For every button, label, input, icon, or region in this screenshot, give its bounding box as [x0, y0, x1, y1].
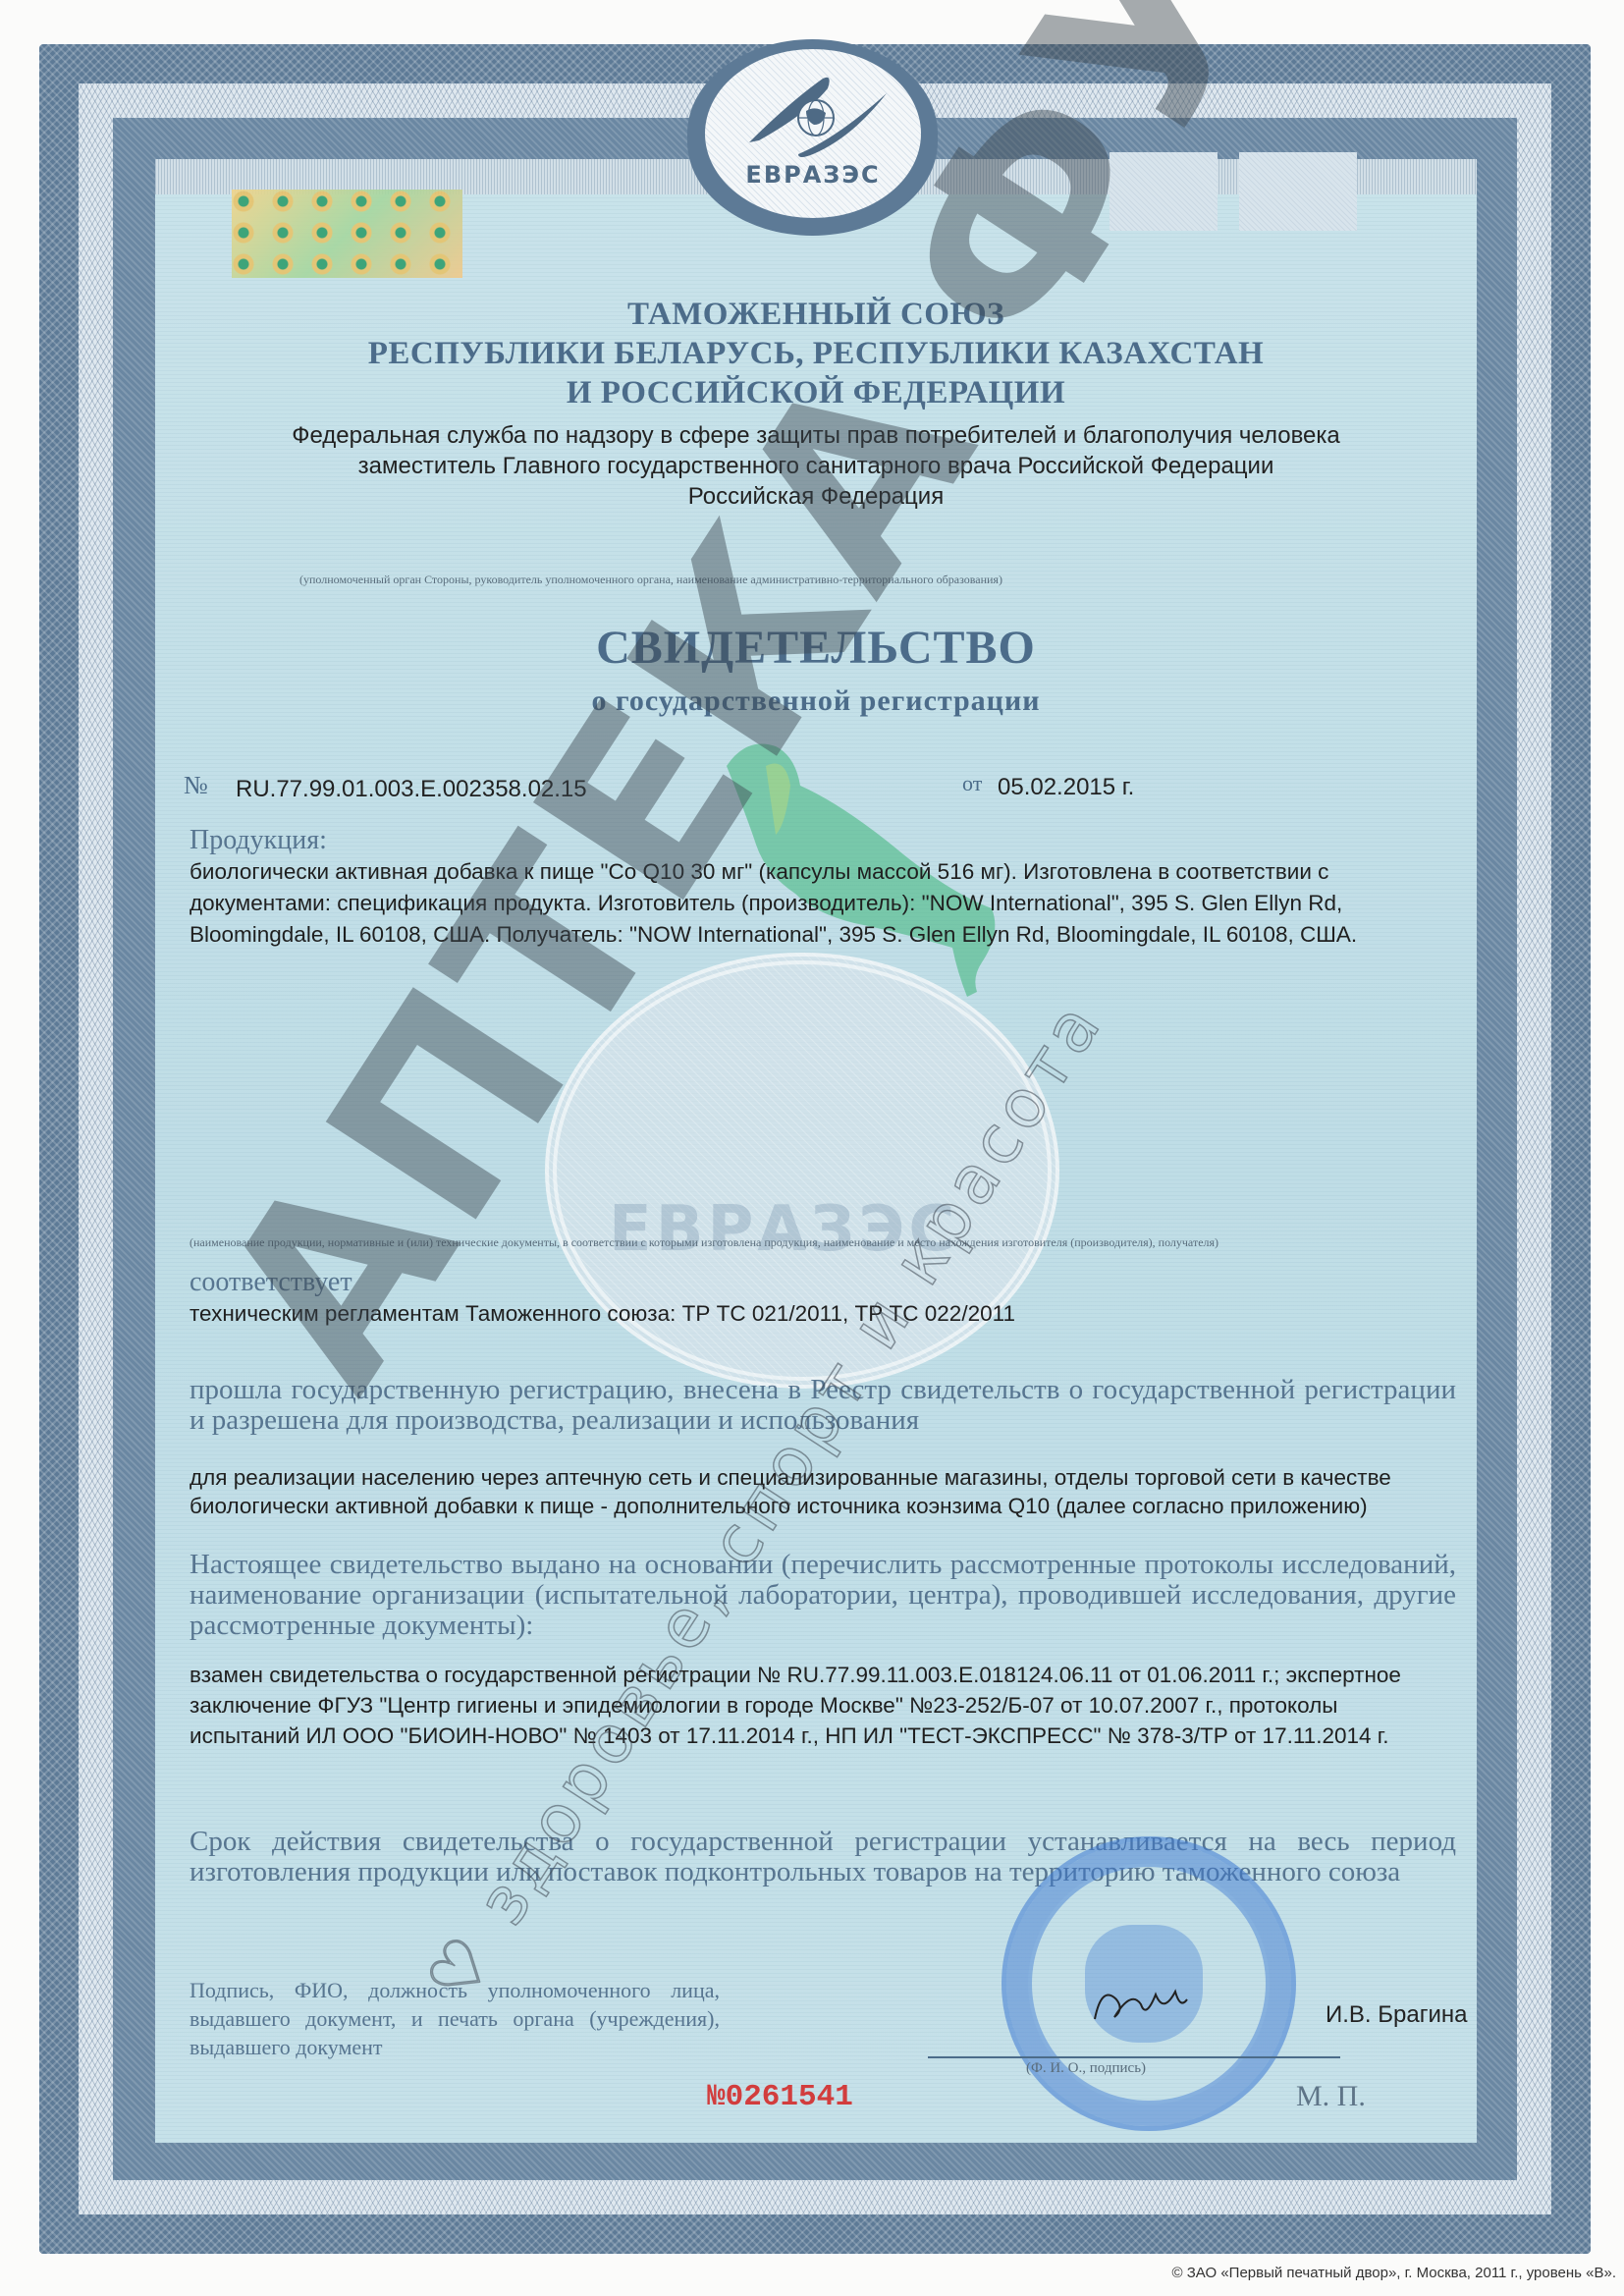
hologram-sticker-icon [232, 190, 462, 278]
registration-date-label: от [962, 771, 982, 796]
signature-line [928, 2056, 1340, 2058]
document-title: СВИДЕТЕЛЬСТВО [155, 621, 1477, 675]
authority-line: Российская Федерация [155, 481, 1477, 512]
handwritten-signature-icon [1087, 1980, 1195, 2029]
authority-line: заместитель Главного государственного са… [155, 451, 1477, 481]
registration-number-label: № [184, 771, 208, 800]
security-square [1239, 152, 1357, 231]
union-title-line: ТАМОЖЕННЫЙ СОЮЗ [155, 295, 1477, 334]
basis-label: Настоящее свидетельство выдано на основа… [189, 1550, 1456, 1641]
product-label: Продукция: [189, 825, 327, 856]
authority-line: Федеральная служба по надзору в сфере за… [155, 420, 1477, 451]
product-description: биологически активная добавка к пище "Co… [189, 856, 1456, 951]
conformity-text: техническим регламентам Таможенного союз… [189, 1298, 1456, 1330]
usage-scope: для реализации населению через аптечную … [189, 1463, 1456, 1520]
printer-copyright: © ЗАО «Первый печатный двор», г. Москва,… [1172, 2265, 1616, 2281]
signer-name: И.В. Брагина [1326, 2001, 1467, 2029]
emblem-name: ЕВРАЗЭС [745, 161, 880, 189]
signature-label: Подпись, ФИО, должность уполномоченного … [189, 1976, 720, 2061]
union-title-line: РЕСПУБЛИКИ БЕЛАРУСЬ, РЕСПУБЛИКИ КАЗАХСТА… [155, 334, 1477, 373]
basis-documents: взамен свидетельства о государственной р… [189, 1660, 1446, 1751]
registration-date: 05.02.2015 г. [998, 774, 1134, 801]
eurasec-globe-emblem-icon [730, 74, 896, 157]
conformity-label: соответствует [189, 1267, 352, 1298]
form-serial-number: №0261541 [707, 2080, 853, 2114]
union-title-line: И РОССИЙСКОЙ ФЕДЕРАЦИИ [155, 373, 1477, 412]
eurasec-emblem: ЕВРАЗЭС [705, 49, 921, 218]
registration-status: прошла государственную регистрацию, внес… [189, 1375, 1456, 1436]
product-caption: (наименование продукции, нормативные и (… [189, 1235, 1218, 1250]
security-square [1110, 152, 1218, 231]
signature-line-caption: (Ф. И. О., подпись) [1026, 2060, 1146, 2077]
authority-caption: (уполномоченный орган Стороны, руководит… [299, 573, 1002, 587]
seal-place-mark: М. П. [1296, 2080, 1366, 2113]
validity-text: Срок действия свидетельства о государств… [189, 1827, 1456, 1887]
background-seal-name: ЕВРАЗЭС [609, 1193, 958, 1266]
registration-number: RU.77.99.01.003.E.002358.02.15 [236, 776, 587, 803]
document-subtitle: о государственной регистрации [155, 684, 1477, 718]
